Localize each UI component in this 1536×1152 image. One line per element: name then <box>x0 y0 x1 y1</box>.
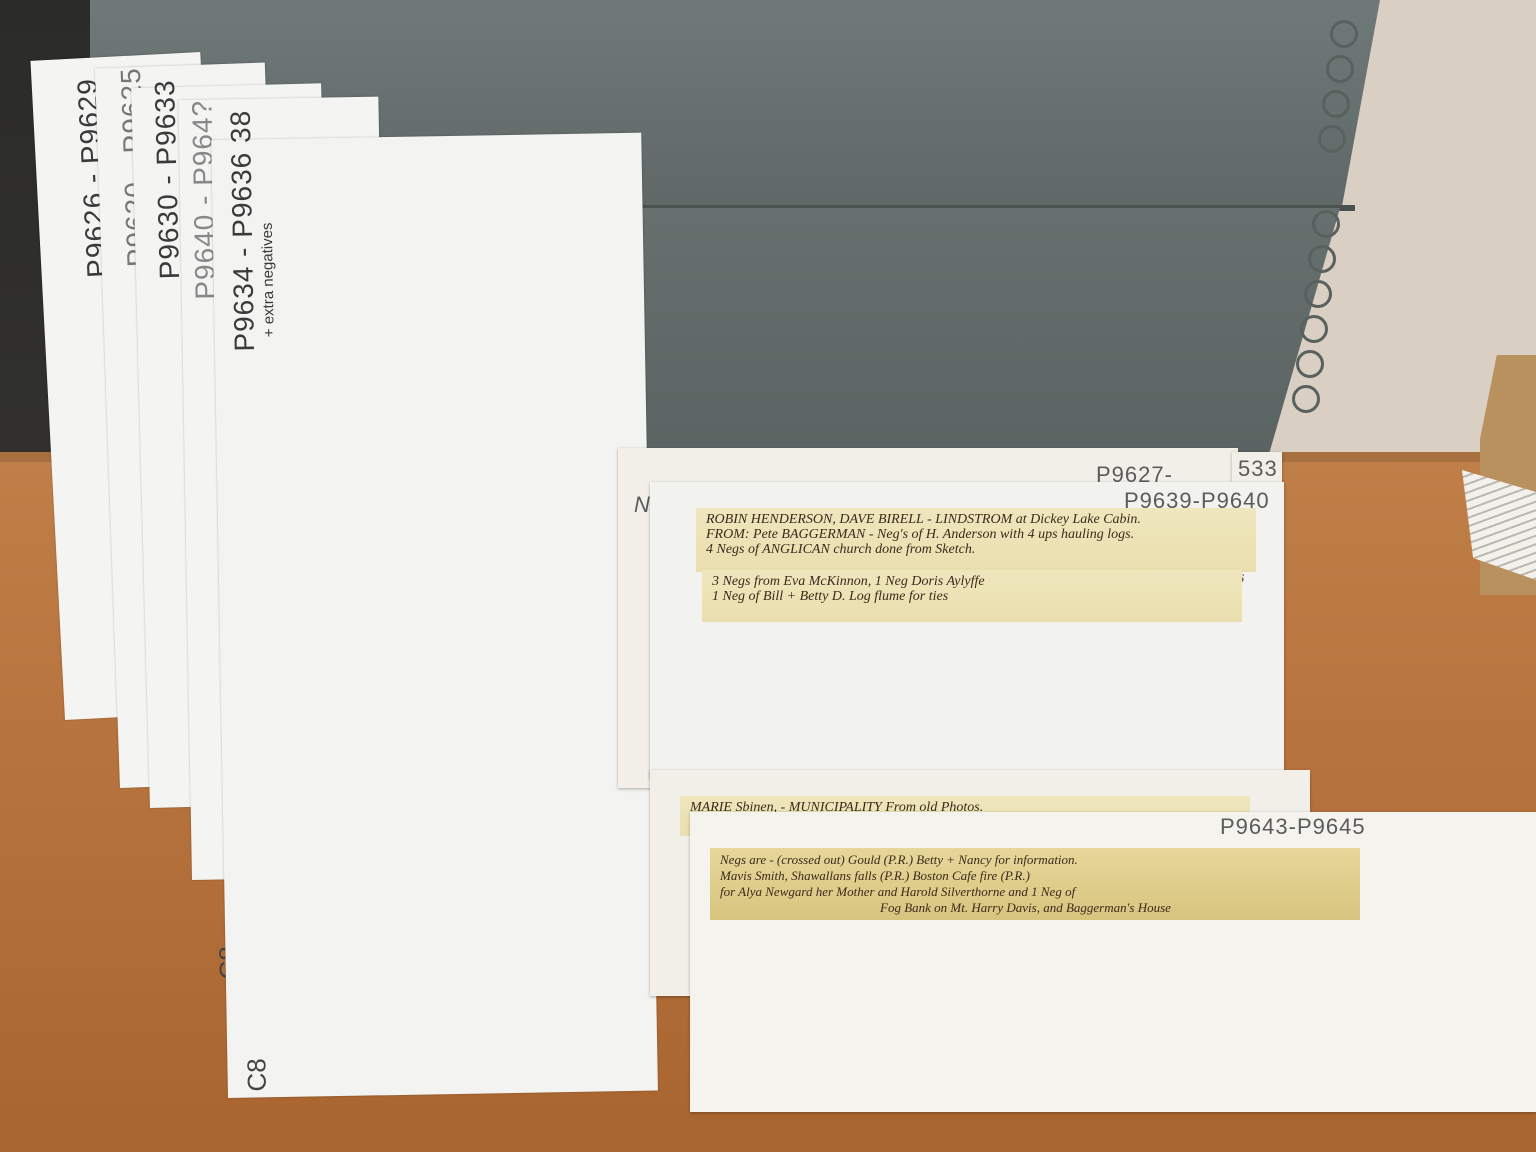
standing-envelope-5: P9634 - P9636 38 + extra negatives C8 <box>211 133 658 1098</box>
envelope-number: P9643-P9645 <box>1220 814 1366 840</box>
size-mark-c8: C8 <box>241 1058 273 1092</box>
tape-label-4: Negs are - (crossed out) Gould (P.R.) Be… <box>710 848 1360 920</box>
upper-flat-envelope: P9639-P9640 ROBIN HENDERSON, DAVE BIRELL… <box>650 482 1284 778</box>
tape-label-1: ROBIN HENDERSON, DAVE BIRELL - LINDSTROM… <box>696 508 1256 572</box>
envelope-sublabel: + extra negatives <box>259 222 278 337</box>
partial-handwriting: N <box>634 492 651 518</box>
box-rivet-strip <box>1290 0 1360 470</box>
envelope-corner-number: 533 <box>1238 456 1278 482</box>
lower-front-flat-envelope: P9643-P9645 Negs are - (crossed out) Gou… <box>690 812 1536 1112</box>
envelope-label: P9634 - P9636 38 <box>225 110 261 352</box>
tape-label-2: 3 Negs from Eva McKinnon, 1 Neg Doris Ay… <box>702 570 1242 622</box>
